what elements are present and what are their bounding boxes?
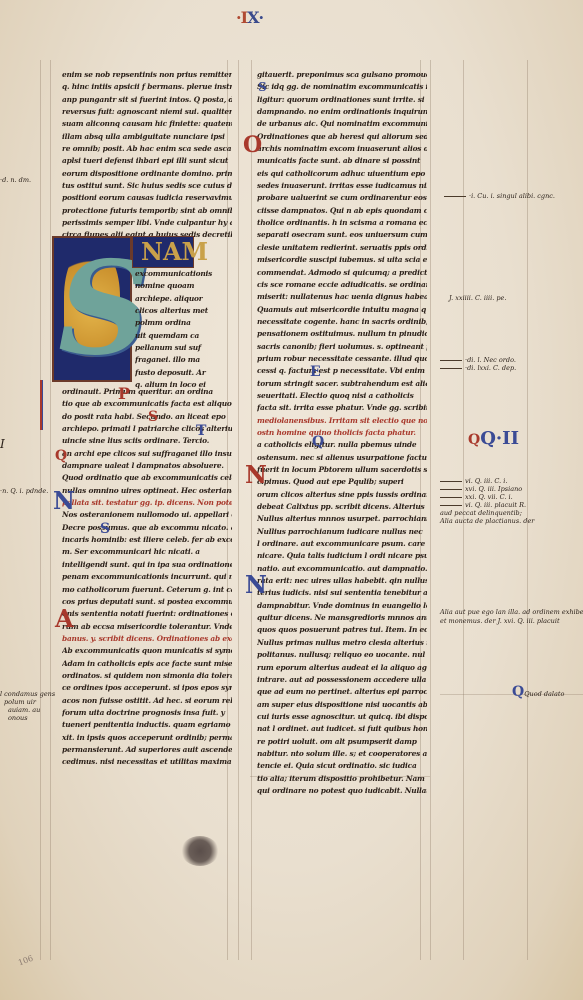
text-line: separati osecram sunt. eos uniuersum cum… — [257, 229, 427, 241]
marginal-gloss: aud peccat delinquentib; — [440, 509, 522, 517]
page-number: 106 — [17, 954, 34, 968]
initial-q: Q — [312, 434, 324, 450]
text-line: cessi q. factum est p necessitate. Vbi e… — [257, 365, 427, 377]
rubric-line: banus. y. scribit dicens. Ordinationes a… — [62, 633, 232, 645]
rubric-line: pellata sit. testatur gg. ip. dicens. No… — [62, 497, 232, 509]
text-line: ce ordines ipos acceperunt. si ipos epos… — [62, 682, 232, 694]
text-beside-initial: excommunicationis nomine quoam archiepe.… — [135, 268, 230, 391]
text-line: que ad eum no pertinet. alterius epi par… — [257, 686, 427, 698]
initial-p: P — [118, 384, 130, 403]
text-line: tueneri penitentia inductis. quam egriam… — [62, 719, 232, 731]
text-line: anp pungantr sit si fuerint intos. Q pos… — [62, 94, 232, 106]
marginal-gloss: vi. Q. iii. C. i. — [440, 477, 507, 485]
initial-a: A — [55, 604, 74, 633]
marginal-gloss: QQuod dalato — [512, 688, 564, 698]
text-line: fuerit in locum Pbtorem ullum sacerdotis… — [257, 464, 427, 476]
text-line: gitauerit. preponimus sca gulsano promou… — [257, 69, 427, 81]
display-script: NAM — [141, 237, 208, 266]
marginal-gloss: xxi. Q. vii. C. i. — [440, 493, 513, 501]
text-line: uincie sine lius sciis ordinare. Tercio. — [62, 435, 232, 447]
marginal-gloss: ·d. n. dm. — [0, 176, 31, 184]
text-line: an archi epe clicos sui suffraganei illo… — [62, 448, 232, 460]
text-line: pensationem ostituimus. nullum tn pinudi… — [257, 328, 427, 340]
initial-s: S — [100, 521, 110, 537]
marginal-gloss: auiam. au — [8, 706, 40, 714]
manuscript-page: ·IX· enim se nob repsentinis non prius r… — [0, 0, 583, 1000]
text-line: rum eporum alterius audeat ei la aliquo … — [257, 662, 427, 674]
text-line: penam excommunicationis incurrunt. qui n… — [62, 571, 232, 583]
marginal-gloss: ·di. lxxi. C. dep. — [440, 364, 516, 372]
text-line: tholice ordinantis. h in scisma a romana… — [257, 217, 427, 229]
quaestio-heading: QQ·II — [468, 428, 519, 449]
text-line: illam absq ulla ambiguitate nunciare ips… — [62, 131, 232, 143]
text-line: fusto deposuit. Ar — [135, 367, 230, 379]
text-line: re omnib; posit. Ab hac enim sca sede as… — [62, 143, 232, 155]
rubric-line: ostn homine quino tholicis facta phatur. — [257, 427, 427, 439]
text-line: facta sit. irrita esse phatur. Vnde gg. … — [257, 402, 427, 414]
text-line: perissimis semper libi. Vnde culpantur h… — [62, 217, 232, 229]
text-line: permansierunt. Ad superiores auit ascend… — [62, 744, 232, 756]
ruling-line — [40, 60, 41, 960]
text-line: eis qui catholicorum adhuc uiuentium epo — [257, 168, 427, 180]
text-line: debeat Calixtus pp. scribit dicens. Alte… — [257, 501, 427, 513]
text-line: terius iudicis. nisi sui sententia teneb… — [257, 587, 427, 599]
text-line: sedes inuaserunt. irritas esse iudicamus… — [257, 180, 427, 192]
text-line: cipimus. Quod aut epe Pqulib; superi — [257, 476, 427, 488]
text-line: archiepe. aliquor — [135, 293, 230, 305]
text-line: qui ordinare no potest quo iudicabit. Nu… — [257, 785, 427, 797]
text-line: pellanum sui suf — [135, 342, 230, 354]
marginal-gloss: vi. Q. iii. placuit R. — [440, 501, 526, 509]
initial-s: S — [258, 80, 267, 94]
text-line: acos non fuisse ostitit. Ad hec. si eoru… — [62, 695, 232, 707]
marginal-gloss: et monemus. der J. xvi. Q. iii. placuit — [440, 617, 560, 625]
text-line: archis nominatim excom inuaserunt alios … — [257, 143, 427, 155]
text-line: ordinatos. si quidem non simonia dia tol… — [62, 670, 232, 682]
text-line: nat l ordinet. aut iudicet. si fuit quib… — [257, 723, 427, 735]
text-line: cos prius deputati sunt. si postea excom… — [62, 596, 232, 608]
initial-s: S — [148, 409, 158, 425]
text-line: prium robur necessitate cessante. illud … — [257, 353, 427, 365]
text-line: tio que ab excommunicatis facta est aliq… — [62, 398, 232, 410]
text-line: nomine quoam — [135, 280, 230, 292]
text-line: necessitate cogente. hanc in sacris ordi… — [257, 316, 427, 328]
ruling-line — [50, 60, 51, 960]
text-line: l ordinare. aut excommunicare psum. care… — [257, 538, 427, 550]
marginal-gloss: polum uir — [4, 698, 36, 706]
text-line: ordinauit. Primum queritur. an ordina — [62, 386, 232, 398]
text-line: incaris hominib: est iliere celeb. fer a… — [62, 534, 232, 546]
text-line: am super eius dispositione nisi uocantis… — [257, 699, 427, 711]
text-line: suam aliconnq causam hic finiette: quate… — [62, 118, 232, 130]
text-line: clicos alterius met — [135, 305, 230, 317]
heading-prefix: Q — [468, 432, 480, 448]
text-line: q. hinc intiis apsicii f bermans. plerue… — [62, 81, 232, 93]
text-line: Decre possumus. que ab excommu nicato. q… — [62, 522, 232, 534]
text-line: ostensum. nec si alienus usurpatione fac… — [257, 452, 427, 464]
text-line: tencie ei. Quia sicut ordinatio. sic iud… — [257, 760, 427, 772]
text-line: dampnabitur. Vnde dominus in euangelio l… — [257, 600, 427, 612]
marginal-gloss: ·i. Cu. i. singul alibi. cgnc. — [444, 192, 555, 200]
text-line: Nullius parrochianum iudicare nullus nec — [257, 526, 427, 538]
text-line: aplsi tueri defensi ihbari epi illi sunt… — [62, 155, 232, 167]
text-line: dampnando. no enim ordinationis inquirun… — [257, 106, 427, 118]
text-line: quitur dicens. Ne mansgredioris mnnos an… — [257, 612, 427, 624]
illuminated-initial: S — [52, 236, 132, 382]
text-line: seueritati. Electio quoq nisi a catholic… — [257, 390, 427, 402]
text-line: ligitur: quorum ordinationes sunt irrite… — [257, 94, 427, 106]
initial-o: O — [243, 132, 262, 158]
text-line: mo catholicorum fuerunt. Ceterum g. int … — [62, 584, 232, 596]
text-line: protectione futuris temporib; sint ab om… — [62, 205, 232, 217]
initial-q: Q — [55, 448, 67, 464]
left-column-bottom: ordinauit. Primum queritur. an ordina ti… — [62, 386, 232, 769]
text-line: de urbanus aic. Qui nominatim excommunic… — [257, 118, 427, 130]
text-line: Sic idq gg. de nominatim excommunicatis … — [257, 81, 427, 93]
text-line: re potiri uoluit. om alt psumpserit damp — [257, 736, 427, 748]
text-line: eorum dispositione ordinante domino. pri… — [62, 168, 232, 180]
marginal-gloss: Alia aut pue ego lan illa. ad ordinem ex… — [440, 608, 583, 616]
text-line: rata erit: nec uires ullas habebit. qin … — [257, 575, 427, 587]
text-line: politanus. nullusq; reliquo eo uocante. … — [257, 649, 427, 661]
text-line: archiepo. primati l patriarche clicos al… — [62, 423, 232, 435]
text-line: m. Ser excommunicari hic nicati. a — [62, 546, 232, 558]
initial-e: E — [310, 364, 321, 380]
text-line: misericordie suscipi iubemus. si uita sc… — [257, 254, 427, 266]
text-line: torum stringit sacer. subtrahendum est a… — [257, 378, 427, 390]
text-line: xit. in ipsis quos acceperunt ordinib; p… — [62, 732, 232, 744]
text-line: Adam in catholicis epis ace facte sunt m… — [62, 658, 232, 670]
ink-stain — [181, 836, 219, 866]
marginal-gloss: ·n. Q. i. pdnde. — [0, 487, 48, 495]
marginal-gloss: Alia aucta de plactianus. der — [440, 517, 534, 525]
text-line: a catholicis eligitur. nulla pbemus uind… — [257, 439, 427, 451]
initial-n: N — [245, 460, 267, 489]
text-line: Ordinationes que ab heresi qui aliorum s… — [257, 131, 427, 143]
text-line: positioni eorum causas iudicia reservavi… — [62, 192, 232, 204]
text-line: natio. aut excommunicatio. aut dampnatio… — [257, 563, 427, 575]
marginal-gloss: l condamus gens — [0, 690, 55, 698]
text-line: commendat. Admodo si quicumq; a predicts… — [257, 267, 427, 279]
text-line: excommunicationis — [135, 268, 230, 280]
text-line: do posit rata habi. Secundo. an liceat e… — [62, 411, 232, 423]
paragraph-mark: Ι — [0, 440, 5, 448]
text-line: dampnare ualeat l dampnatos absoluere. — [62, 460, 232, 472]
text-line: rum ab eccsa misericordie tolerantur. Vn… — [62, 621, 232, 633]
text-line: cis sce romane eccie adiudicatis. se ord… — [257, 279, 427, 291]
text-line: probare ualuerint se cum ordinarentur eo… — [257, 192, 427, 204]
text-line: cui iuris esse agnoscitur. ut quicq. ibi… — [257, 711, 427, 723]
marginal-gloss: onous — [8, 714, 28, 722]
text-line: orum clicos alterius sine ppis iussis or… — [257, 489, 427, 501]
text-line: clesie unitatem redierint. seruatis ppis… — [257, 242, 427, 254]
ruling-line — [251, 60, 252, 960]
folio-number: ·IX· — [236, 8, 263, 27]
marginal-gloss: ·di. l. Nec ordo. — [440, 356, 516, 364]
text-line: cedimus. nisi necessitas et utilitas max… — [62, 756, 232, 768]
text-line: intrare. aut ad possessionem accedere ul… — [257, 674, 427, 686]
text-line: onis sententia notati fuerint: ordinatio… — [62, 608, 232, 620]
text-line: Quod ordinatio que ab excommunicatis cel… — [62, 472, 232, 484]
text-line: Nullus primas nullus metro clesia alteri… — [257, 637, 427, 649]
initial-flourish — [40, 380, 43, 430]
text-line: nicare. Quia talis iudicium l ordi nicar… — [257, 550, 427, 562]
text-line: tio alia; iterum dispositio prohibetur. … — [257, 773, 427, 785]
display-script-panel: NAM — [132, 236, 194, 268]
text-line: quos quos posuerunt patres tui. Item. In… — [257, 624, 427, 636]
text-line: uit quemdam ca — [135, 330, 230, 342]
text-line: forum uita doctrine prognosis insa fuit.… — [62, 707, 232, 719]
text-line: ciisse dampnatos. Qui n ab epis quondam … — [257, 205, 427, 217]
right-column: gitauerit. preponimus sca gulsano promou… — [257, 69, 427, 797]
marginal-gloss: J. xxiiii. C. iiii. pe. — [449, 294, 506, 302]
rubric-line: mediolanensibus. Irritam sit electio que… — [257, 415, 427, 427]
text-line: sacris canonib; fieri uolumus. s. optine… — [257, 341, 427, 353]
text-line: municatis facte sunt. ab dinare si possi… — [257, 155, 427, 167]
text-line: tus ostitui sunt. Sic huius sedis sce cu… — [62, 180, 232, 192]
initial-n: N — [53, 486, 75, 515]
initial-n: N — [245, 570, 267, 599]
ruling-line — [430, 60, 431, 960]
text-line: fraganei. illo ma — [135, 354, 230, 366]
text-line: polmm ordina — [135, 317, 230, 329]
text-line: reversus fuit: agnoscant niemi sui. qual… — [62, 106, 232, 118]
left-column-top: enim se nob repsentinis non prius remitt… — [62, 69, 232, 254]
text-line: nabitur. nto solum ille. s; et cooperato… — [257, 748, 427, 760]
text-line: miserit: nullatenus hac uenia dignus hab… — [257, 291, 427, 303]
text-line: Quamuis aut misericordie intuitu magna q — [257, 304, 427, 316]
text-line: nullas omnino uires optineat. Hec osteri… — [62, 485, 232, 497]
initial-t: T — [196, 423, 206, 439]
text-line: intelligendi sunt. qui in ipa sua ordina… — [62, 559, 232, 571]
text-line: enim se nob repsentinis non prius remitt… — [62, 69, 232, 81]
text-line: Ab excommunicatis quon municatis si symo… — [62, 645, 232, 657]
marginal-gloss: xvi. Q. iii. Ipsiano — [440, 485, 522, 493]
ruling-line — [238, 60, 239, 960]
heading-text: Q·II — [480, 428, 519, 449]
text-line: Nullus alterius mnnos usurpet. parrochia… — [257, 513, 427, 525]
text-line: Nos osteranionem nullomodo ui. appellari… — [62, 509, 232, 521]
